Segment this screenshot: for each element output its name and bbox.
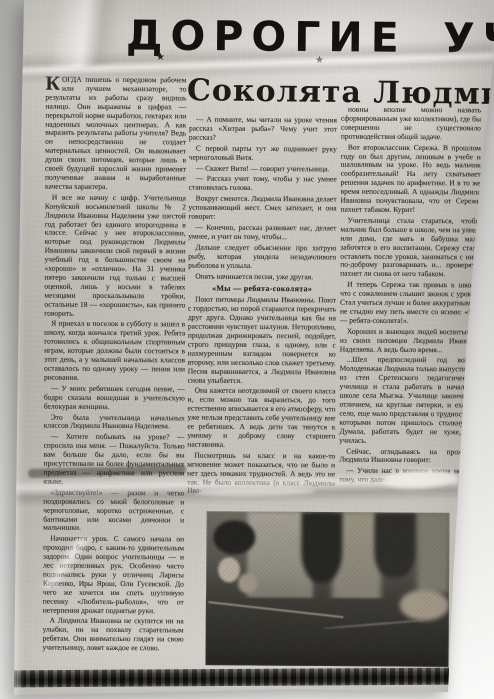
photo-curtain-band	[417, 513, 449, 593]
paragraph: — У моих ребятишек сегодня пение, — бодр…	[44, 384, 185, 411]
photo-child-face	[218, 557, 240, 582]
paragraph: Начинается урок. С самого начала он прох…	[43, 535, 184, 616]
paper-left-edge-highlight	[14, 0, 30, 699]
photo-desk-area	[205, 597, 448, 666]
paragraph: Я приехал в поселок в субботу и зашел в …	[44, 320, 185, 383]
paragraph: Дальше следует объяснение про хитрую рыб…	[188, 243, 336, 270]
paragraph: новны вполне можно назвать сформированны…	[341, 106, 481, 142]
paragraph: ...Шел предпоследний год войны. Молодень…	[339, 356, 479, 446]
newspaper-clipping-wrap: ДОРОГИЕ УЧ ★ ★ Соколята Людмилы Н КОГДА …	[0, 0, 494, 699]
paragraph: Посмотришь на класс и на какое-то мгнове…	[187, 451, 335, 496]
scanned-newspaper-page: ДОРОГИЕ УЧ ★ ★ Соколята Людмилы Н КОГДА …	[0, 0, 494, 699]
paragraph: Опять начинается песня, уже другая.	[188, 272, 336, 282]
ink-smudge	[28, 465, 186, 478]
paragraph: Учительница стала стараться, чтобы мальч…	[340, 217, 480, 280]
paragraph: Вокруг смеются. Людмила Ивановна делает …	[188, 195, 336, 222]
paragraph: КОГДА пишешь о передовом рабочем или луч…	[45, 76, 187, 193]
paragraph: С первой парты тут же поднимает руку чер…	[189, 144, 337, 163]
paragraph: А Людмила Ивановна не скупится ни на улы…	[43, 617, 184, 653]
paragraph: Поют питомцы Людмилы Ивановны. Поют с го…	[188, 296, 336, 386]
paragraph: — Учили нас в военное время нередко тому…	[339, 467, 479, 486]
paragraph: — Хотите побывать на уроке? — спросила о…	[43, 433, 184, 487]
crease-horizontal-middle	[14, 472, 458, 508]
article-column-1: КОГДА пишешь о передовом рабочем или луч…	[42, 76, 186, 663]
newspaper-clipping: ДОРОГИЕ УЧ ★ ★ Соколята Людмилы Н КОГДА …	[0, 0, 494, 699]
section-subhead: «Мы — ребята-соколята»	[188, 284, 336, 295]
paragraph: И все же начну с цифр. Учительница Конуй…	[44, 193, 186, 318]
photo-curtain-band	[332, 512, 381, 602]
classroom-photo	[205, 511, 449, 667]
article-column-3: новны вполне можно назвать сформированны…	[339, 106, 481, 513]
crease-horizontal-top	[0, 38, 494, 86]
paragraph: «Здравствуйте!» — разом и четко поздоров…	[43, 488, 184, 533]
paper-scuff	[382, 468, 457, 490]
folded-bottom-edge	[12, 668, 450, 688]
paragraph: Она кажется неотделимой от своего класса…	[187, 387, 335, 450]
star-ornament-left: ★	[156, 53, 165, 63]
paragraph: — Рассказ учит тому, чтобы у нас умнее с…	[189, 175, 337, 194]
article-title: Соколята Людмилы Н	[187, 72, 494, 118]
crease-bottom-left	[24, 538, 108, 588]
headline: ДОРОГИЕ УЧ	[126, 10, 494, 65]
photo-pointer-line	[209, 601, 344, 618]
paragraph: — Конечно, рассказ развивает нас, делает…	[188, 224, 336, 243]
photo-curtain-band	[247, 511, 313, 610]
paragraph: — Скажет Витя! — говорит учительница.	[189, 164, 337, 174]
photo-light-blob	[400, 590, 449, 621]
paragraph: И теперь Сережа так привык к школе, что …	[340, 281, 480, 326]
paragraph: — А помните, мы читали на уроке чтения р…	[189, 116, 337, 143]
paper-scuff	[196, 487, 316, 497]
photo-figure-silhouette	[301, 512, 343, 583]
paragraph: Это была учительница начальных классов Л…	[44, 413, 185, 432]
article-column-2: — А помните, мы читали на уроке чтения р…	[187, 116, 337, 515]
photo-child-face	[238, 573, 258, 593]
star-ornament-right: ★	[315, 56, 324, 66]
paper-texture	[0, 0, 494, 699]
photo-figure-silhouette	[374, 512, 416, 577]
photo-pointer-line	[322, 619, 424, 629]
paragraph: Сейчас, оглядываясь на прожитое, Людмила…	[339, 447, 479, 466]
paragraph: Вот второклассник Сережа. В прошлом году…	[340, 143, 480, 215]
photo-halftone-grain	[205, 511, 449, 667]
crease-top-left-corner	[4, 0, 173, 77]
paragraph: Хороших и знающих людей воспитывает из с…	[340, 327, 480, 354]
photo-child-hair	[214, 520, 256, 554]
